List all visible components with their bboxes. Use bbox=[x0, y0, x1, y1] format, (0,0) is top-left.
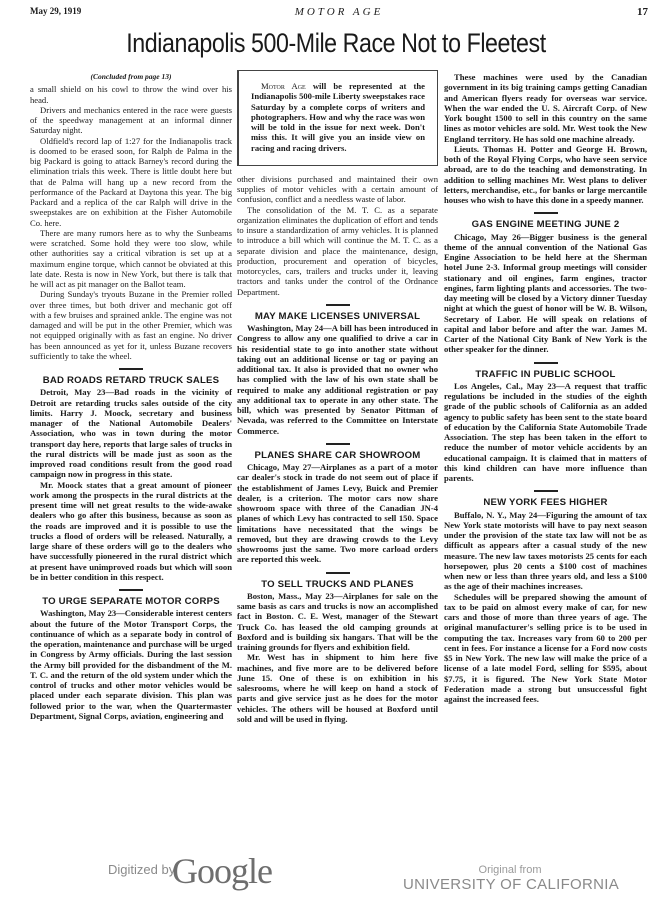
university-label: UNIVERSITY OF CALIFORNIA bbox=[376, 876, 646, 893]
running-header: May 29, 1919 MOTOR AGE 17 bbox=[30, 6, 648, 22]
section-divider bbox=[534, 362, 558, 364]
magazine-name: MOTOR AGE bbox=[30, 6, 648, 18]
section-divider bbox=[119, 589, 143, 591]
paragraph: Washington, May 23—Considerable interest… bbox=[30, 608, 232, 721]
paragraph: Drivers and mechanics entered in the rac… bbox=[30, 105, 232, 136]
paragraph: Buffalo, N. Y., May 24—Figuring the amou… bbox=[444, 510, 647, 592]
google-logo: Google bbox=[172, 850, 272, 892]
original-from-label: Original from bbox=[430, 864, 590, 876]
paragraph: Mr. Moock states that a great amount of … bbox=[30, 480, 232, 583]
paragraph: There are many rumors here as to why the… bbox=[30, 228, 232, 290]
notice-box: Motor Age will be represented at the Ind… bbox=[237, 70, 438, 166]
article-title-traffic-school: TRAFFIC IN PUBLIC SCHOOL bbox=[444, 370, 647, 380]
section-divider bbox=[326, 572, 350, 574]
section-divider bbox=[326, 304, 350, 306]
section-divider bbox=[326, 443, 350, 445]
continued-note: (Concluded from page 13) bbox=[30, 72, 232, 82]
column-1: (Concluded from page 13) a small shield … bbox=[30, 72, 232, 721]
section-divider bbox=[534, 212, 558, 214]
digitized-by-label: Digitized by bbox=[108, 862, 175, 877]
article-title-ny-fees: NEW YORK FEES HIGHER bbox=[444, 498, 647, 508]
article-title-motor-corps: TO URGE SEPARATE MOTOR CORPS bbox=[30, 597, 232, 607]
article-title-bad-roads: BAD ROADS RETARD TRUCK SALES bbox=[30, 376, 232, 386]
paragraph: Washington, May 24—A bill has been intro… bbox=[237, 323, 438, 436]
article-title-gas-engine: GAS ENGINE MEETING JUNE 2 bbox=[444, 220, 647, 230]
paragraph: other divisions purchased and maintained… bbox=[237, 174, 438, 205]
paragraph: a small shield on his cowl to throw the … bbox=[30, 84, 232, 105]
paragraph: Chicago, May 26—Bigger business is the g… bbox=[444, 232, 647, 355]
page-number: 17 bbox=[637, 6, 648, 18]
column-2: Motor Age will be represented at the Ind… bbox=[237, 72, 438, 724]
notice-lead: Motor Age bbox=[261, 81, 306, 91]
article-title-planes-showroom: PLANES SHARE CAR SHOWROOM bbox=[237, 451, 438, 461]
paragraph: Mr. West has in shipment to him here fiv… bbox=[237, 652, 438, 724]
section-divider bbox=[119, 368, 143, 370]
page-headline: Indianapolis 500-Mile Race Not to Fleete… bbox=[47, 28, 625, 59]
paragraph: Lieuts. Thomas H. Potter and George H. B… bbox=[444, 144, 647, 206]
paragraph: Boston, Mass., May 23—Airplanes for sale… bbox=[237, 591, 438, 653]
paragraph: Detroit, May 23—Bad roads in the vicinit… bbox=[30, 387, 232, 479]
column-3: These machines were used by the Canadian… bbox=[444, 72, 647, 704]
section-divider bbox=[534, 490, 558, 492]
paragraph: During Sunday's tryouts Buzane in the Pr… bbox=[30, 289, 232, 361]
paragraph: The consolidation of the M. T. C. as a s… bbox=[237, 205, 438, 297]
paragraph: Schedules will be prepared showing the a… bbox=[444, 592, 647, 705]
article-title-licenses: MAY MAKE LICENSES UNIVERSAL bbox=[237, 312, 438, 322]
paragraph: Chicago, May 27—Airplanes as a part of a… bbox=[237, 462, 438, 565]
article-title-trucks-planes: TO SELL TRUCKS AND PLANES bbox=[237, 580, 438, 590]
paragraph: Oldfield's record lap of 1:27 for the In… bbox=[30, 136, 232, 228]
notice-text: Motor Age will be represented at the Ind… bbox=[251, 81, 425, 153]
paragraph: Los Angeles, Cal., May 23—A request that… bbox=[444, 381, 647, 484]
paragraph: These machines were used by the Canadian… bbox=[444, 72, 647, 144]
